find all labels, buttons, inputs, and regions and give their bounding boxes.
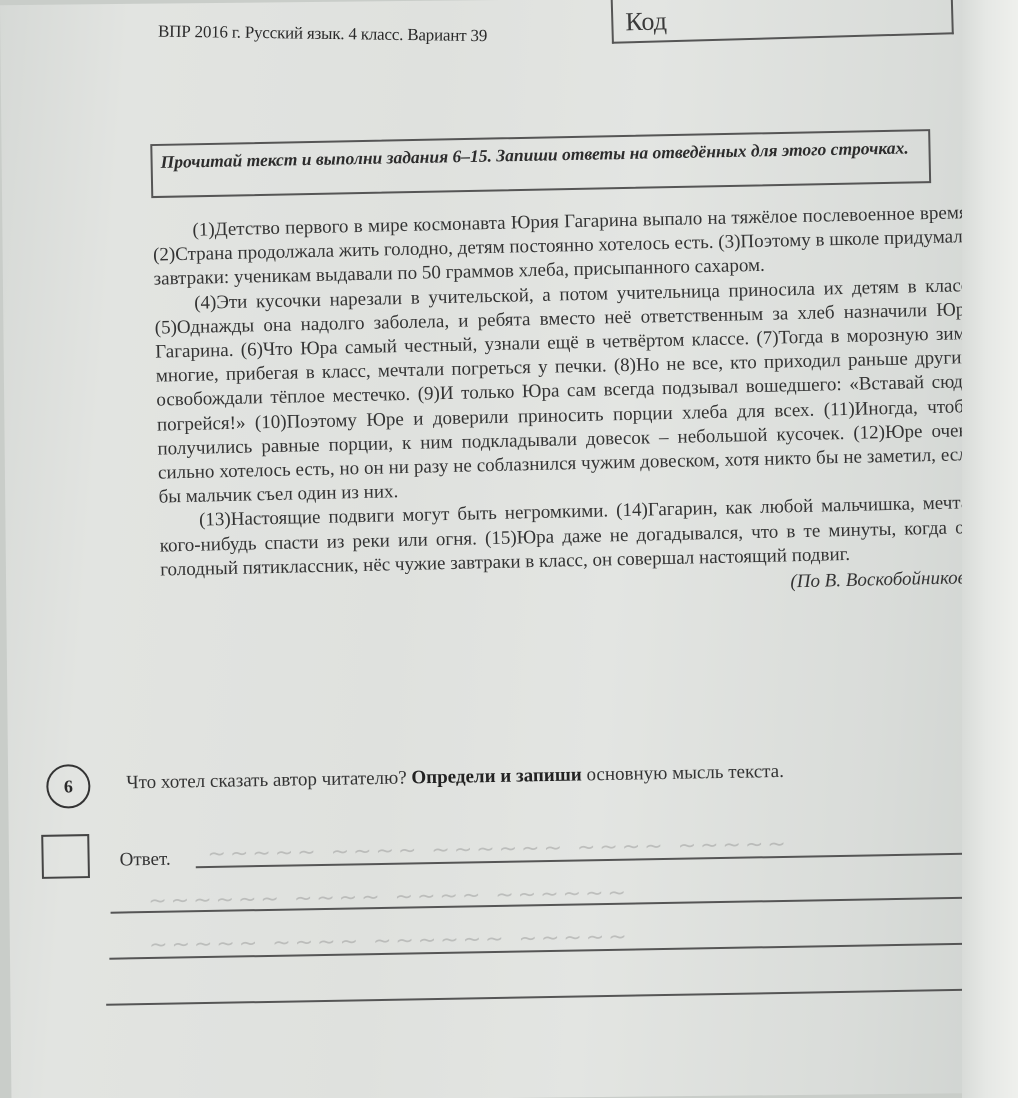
instruction-box: Прочитай текст и выполни задания 6–15. З… bbox=[150, 129, 931, 198]
task-question-part2: основную мысль текста. bbox=[582, 761, 785, 786]
task-question: Что хотел сказать автор читателю? Опреде… bbox=[126, 754, 981, 797]
code-label: Код bbox=[625, 6, 667, 37]
worksheet-header: ВПР 2016 г. Русский язык. 4 класс. Вариа… bbox=[158, 22, 487, 47]
page-edge-shadow bbox=[962, 0, 1018, 1098]
worksheet-page: ВПР 2016 г. Русский язык. 4 класс. Вариа… bbox=[0, 0, 1011, 1098]
task-question-bold: Определи и запиши bbox=[411, 764, 582, 788]
task-question-part1: Что хотел сказать автор читателю? bbox=[126, 767, 411, 793]
answer-line-4[interactable] bbox=[106, 988, 988, 1005]
reading-passage: (1)Детство первого в мире космонавта Юри… bbox=[152, 201, 981, 609]
task-number-badge: 6 bbox=[46, 764, 91, 809]
code-box: Код bbox=[610, 0, 953, 44]
passage-paragraph-2: (4)Эти кусочки нарезали в учительской, а… bbox=[154, 274, 979, 510]
instruction-text: Прочитай текст и выполни задания 6–15. З… bbox=[160, 138, 908, 172]
task-6: 6 Что хотел сказать автор читателю? Опре… bbox=[46, 748, 986, 764]
answer-label: Ответ. bbox=[119, 849, 170, 872]
score-box[interactable] bbox=[41, 834, 90, 879]
